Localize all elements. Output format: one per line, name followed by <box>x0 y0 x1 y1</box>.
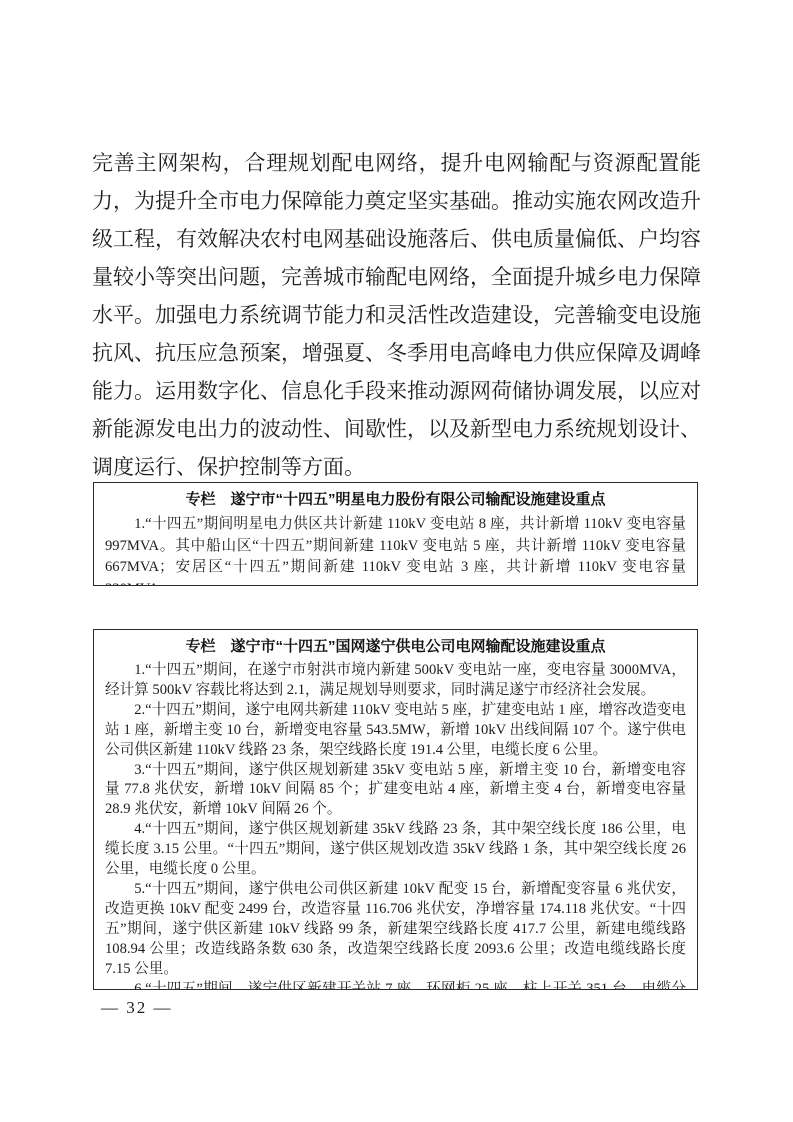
column-box-guowang-paragraph-6: 6.“十四五”期间，遂宁供区新建开关站 7 座，环网柜 25 座，柱上开关 35… <box>105 980 686 991</box>
column-box-guowang-paragraph-5: 5.“十四五”期间，遂宁供电公司供区新建 10kV 配变 15 台，新增配变容量… <box>105 880 686 980</box>
column-box-guowang-paragraph-1: 1.“十四五”期间，在遂宁市射洪市境内新建 500kV 变电站一座，变电容量 3… <box>105 661 686 701</box>
column-box-guowang-paragraph-3: 3.“十四五”期间，遂宁供区规划新建 35kV 变电站 5 座，新增主变 10 … <box>105 761 686 821</box>
column-box-mingxing-title: 专栏 遂宁市“十四五”明星电力股份有限公司输配设施建设重点 <box>105 488 686 512</box>
column-box-mingxing-power: 专栏 遂宁市“十四五”明星电力股份有限公司输配设施建设重点 1.“十四五”期间明… <box>93 482 698 586</box>
column-box-mingxing-paragraph-1: 1.“十四五”期间明星电力供区共计新建 110kV 变电站 8 座，共计新增 1… <box>105 514 686 586</box>
column-box-guowang-paragraph-4: 4.“十四五”期间，遂宁供区规划新建 35kV 线路 23 条，其中架空线长度 … <box>105 820 686 880</box>
column-box-guowang-title: 专栏 遂宁市“十四五”国网遂宁供电公司电网输配设施建设重点 <box>105 635 686 659</box>
column-box-guowang-power: 专栏 遂宁市“十四五”国网遂宁供电公司电网输配设施建设重点 1.“十四五”期间，… <box>93 629 698 990</box>
page-number: — 32 — <box>101 997 173 1019</box>
main-body-paragraph: 完善主网架构，合理规划配电网络，提升电网输配与资源配置能力，为提升全市电力保障能… <box>92 144 701 486</box>
column-box-guowang-paragraph-2: 2.“十四五”期间，遂宁电网共新建 110kV 变电站 5 座，扩建变电站 1 … <box>105 701 686 761</box>
document-page: 完善主网架构，合理规划配电网络，提升电网输配与资源配置能力，为提升全市电力保障能… <box>0 0 793 1122</box>
